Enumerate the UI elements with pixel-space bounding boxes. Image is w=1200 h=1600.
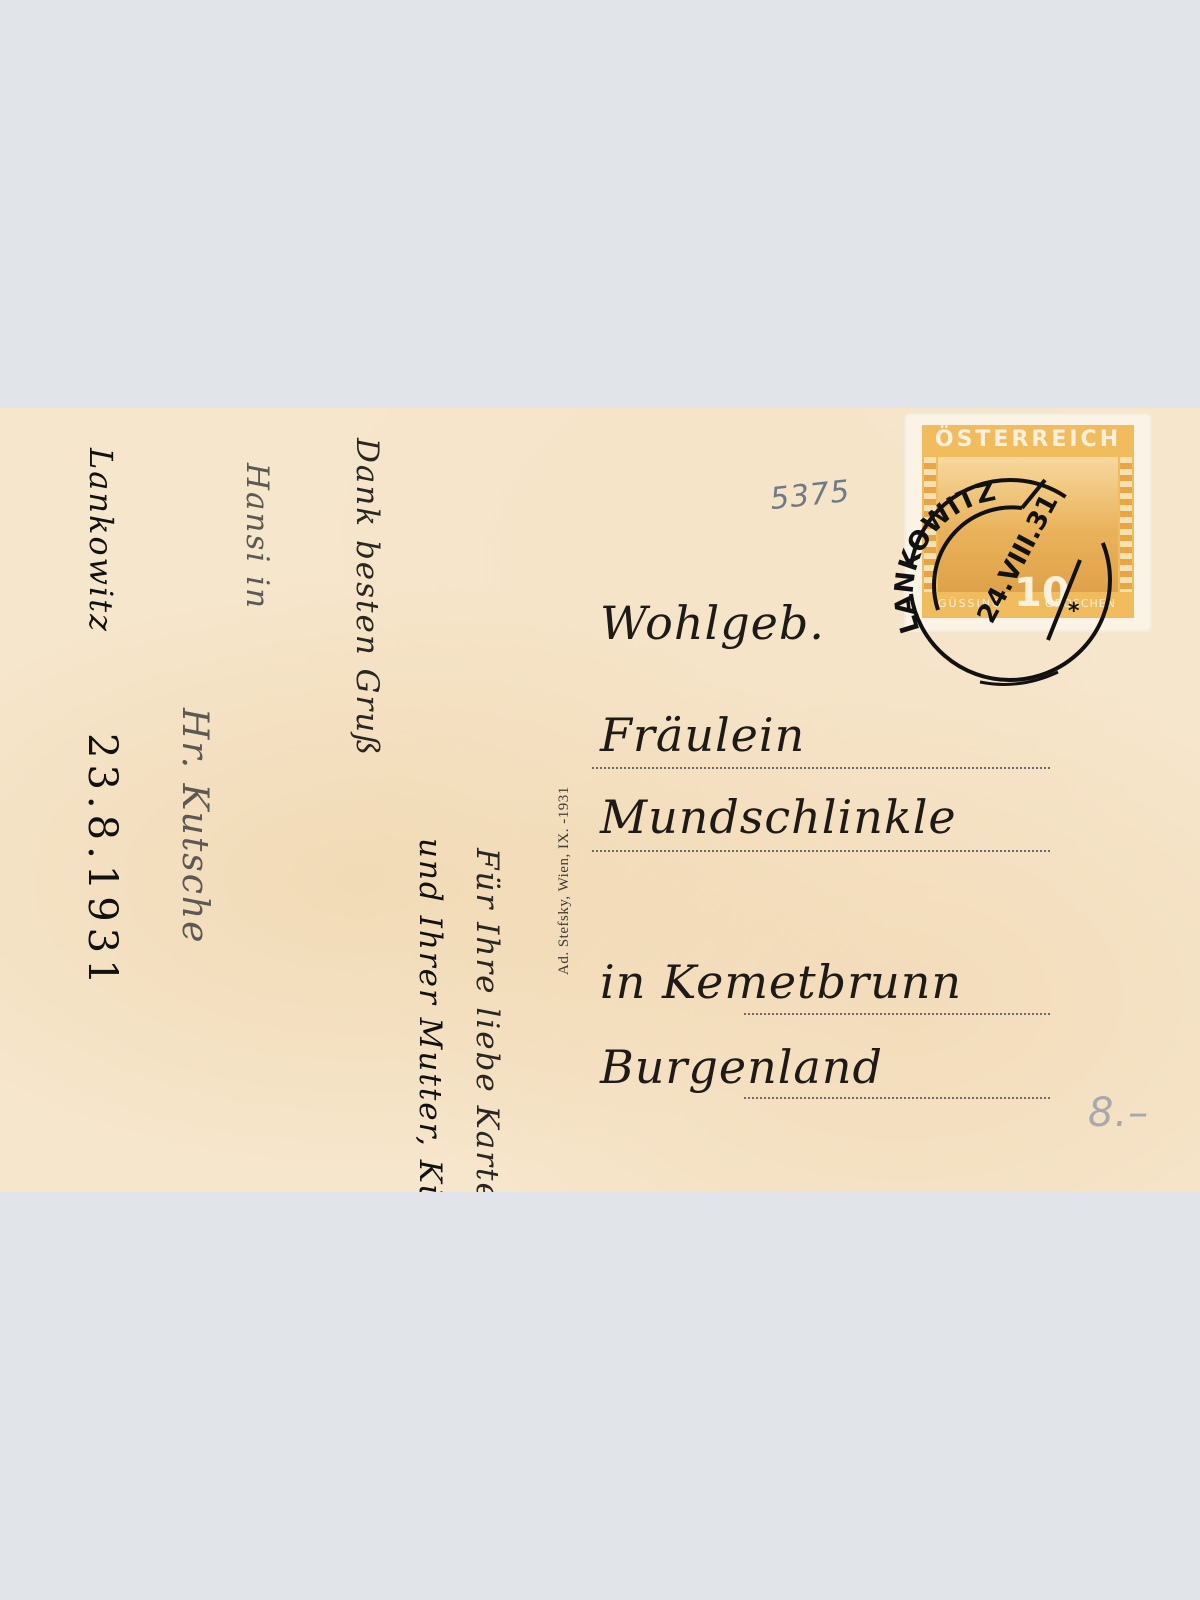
- signature: Hr. Kutsche: [174, 708, 215, 944]
- address-town: in Kemetbrunn: [600, 955, 962, 1009]
- address-title: Fräulein: [600, 708, 805, 762]
- message-place: Lankowitz: [82, 448, 120, 633]
- price-note: 8.–: [1088, 1090, 1149, 1136]
- printer-imprint: Ad. Stefsky, Wien, IX. -1931: [556, 786, 573, 975]
- address-dotted-line-2: [592, 850, 1050, 852]
- address-name: Mundschlinkle: [600, 790, 957, 844]
- address-dotted-line-4: [744, 1097, 1050, 1099]
- address-dotted-line-1: [592, 767, 1050, 769]
- address-region: Burgenland: [600, 1040, 883, 1094]
- message-line-4: Hansi in: [239, 463, 275, 610]
- message-line-2: und Ihrer Mutter, Küsse: [412, 838, 448, 1192]
- message-line-3: Dank besten Gruß: [349, 438, 385, 757]
- postmark-star: *: [1068, 599, 1080, 624]
- address-dotted-line-3: [744, 1013, 1050, 1015]
- postmark: LANKOWITZ 24.VIII.31 *: [880, 440, 1140, 720]
- message-line-1: Für Ihre liebe Karte herzlichen: [469, 848, 505, 1192]
- message-date: 23.8.1931: [79, 733, 125, 991]
- address-salutation: Wohlgeb.: [600, 596, 825, 650]
